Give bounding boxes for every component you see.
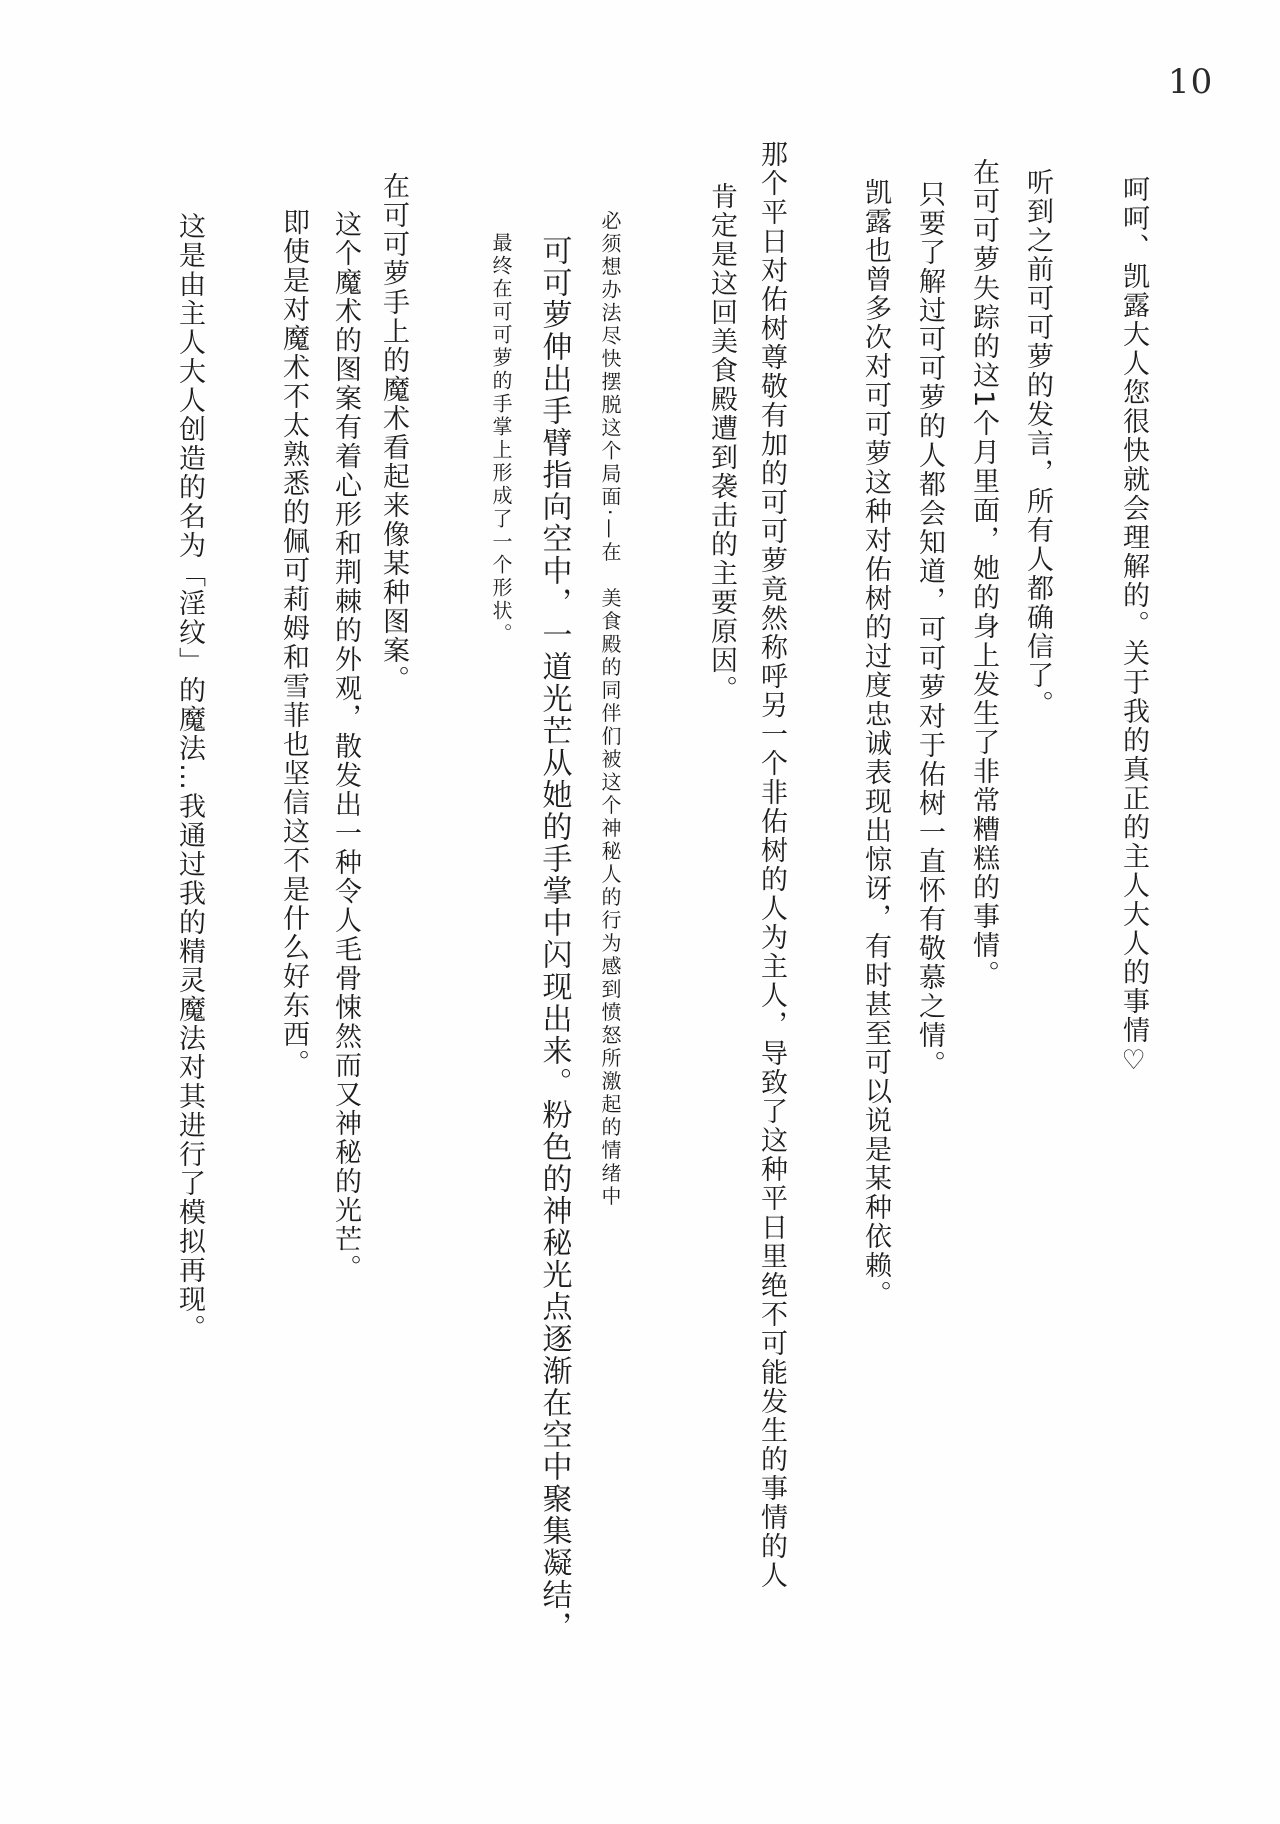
text-column-11: 在可可萝手上的魔术看起来像某种图案。 bbox=[378, 172, 409, 694]
text-column-6: 那个平日对佑树尊敬有加的可可萝竟然称呼另一个非佑树的人为主人，导致了这种平日里绝… bbox=[756, 140, 787, 1590]
text-column-10-aside: 最终在可可萝的手掌上形成了一个形状。 bbox=[489, 232, 512, 646]
text-column-9-emphasis: 可可萝伸出手臂指向空中，一道光芒从她的手掌中闪现出来。粉色的神秘光点逐渐在空中聚… bbox=[536, 235, 571, 1643]
text-column-3: 在可可萝失踪的这1个月里面，她的身上发生了非常糟糕的事情。 bbox=[968, 158, 999, 989]
text-column-12: 这个魔术的图案有着心形和荆棘的外观，散发出一种令人毛骨悚然而又神秘的光芒。 bbox=[330, 210, 361, 1283]
text-column-5: 凯露也曾多次对可可萝这种对佑树的过度忠诚表现出惊讶，有时甚至可以说是某种依赖。 bbox=[860, 178, 891, 1309]
text-column-13: 即使是对魔术不太熟悉的佩可莉姆和雪菲也坚信这不是什么好东西。 bbox=[278, 208, 309, 1078]
text-column-8-aside: 必须想办法尽快摆脱这个局面·—在 美食殿的同伴们被这个神秘人的行为感到愤怒所激起… bbox=[598, 210, 621, 1208]
novel-page: 10 呵呵、凯露大人您很快就会理解的。关于我的真正的主人大人的事情♡ 听到之前可… bbox=[0, 0, 1280, 1824]
text-column-14: 这是由主人大人创造的名为「淫纹」的魔法…我通过我的精灵魔法对其进行了模拟再现。 bbox=[174, 212, 205, 1343]
text-column-2: 听到之前可可萝的发言，所有人都确信了。 bbox=[1022, 168, 1053, 719]
text-column-7: 肯定是这回美食殿遭到袭击的主要原因。 bbox=[706, 182, 737, 704]
text-column-4: 只要了解过可可萝的人都会知道，可可萝对于佑树一直怀有敬慕之情。 bbox=[914, 180, 945, 1079]
page-number: 10 bbox=[1168, 62, 1213, 102]
text-column-1: 呵呵、凯露大人您很快就会理解的。关于我的真正的主人大人的事情♡ bbox=[1118, 175, 1149, 1078]
